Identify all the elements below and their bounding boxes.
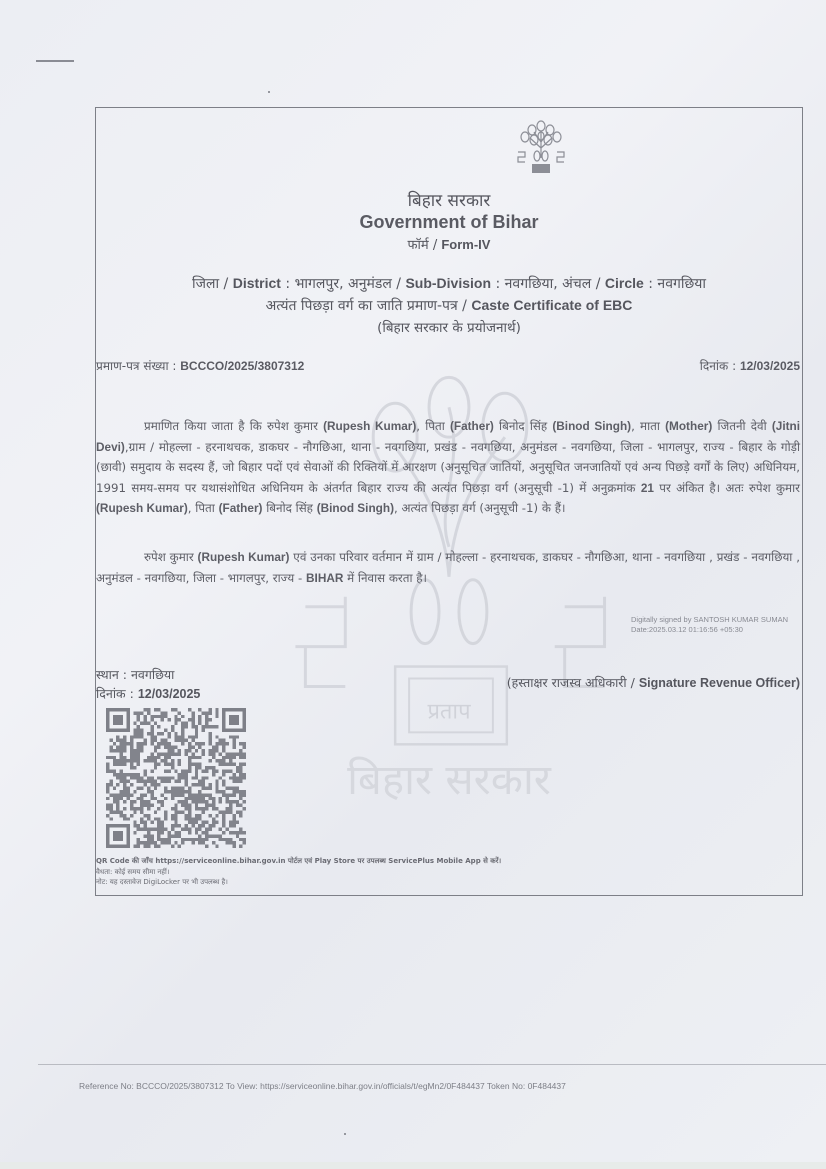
certificate-purpose: (बिहार सरकार के प्रयोजनार्थ) [96,318,802,336]
scan-edge [0,1162,826,1169]
form-label-english: Form-IV [441,237,490,252]
scan-artifact-mark [36,60,74,62]
emphasized-text: (Binod Singh) [317,501,394,515]
emphasized-text: 21 [641,481,654,495]
emphasized-text: (Rupesh Kumar) [323,419,416,433]
residence-paragraph: रुपेश कुमार (Rupesh Kumar) एवं उनका परिव… [96,547,800,588]
place-and-date: स्थान : नवगछिया दिनांक : 12/03/2025 [96,665,200,704]
certificate-date-value: 12/03/2025 [740,359,800,373]
paragraph-text: में निवास करता है। [343,571,427,585]
circle-label-hindi: अंचल [562,276,591,292]
emphasized-text: BIHAR [306,571,343,585]
paragraph-text: जितनी देवी [712,419,772,433]
paragraph-text: , पिता [416,419,450,433]
district-label-hindi: जिला [192,276,219,292]
circle-value: नवगछिया [657,276,706,292]
certificate-frame: प्रताप बिहार सरकार बिहार सरकार Governmen… [95,107,803,896]
subdivision-value: नवगछिया [505,276,554,292]
digital-signature-signer: Digitally signed by SANTOSH KUMAR SUMAN [631,615,788,625]
location-line: जिला / District : भागलपुर, अनुमंडल / Sub… [96,274,802,293]
emphasized-text: (Mother) [665,419,712,433]
qr-code-icon[interactable] [106,708,246,848]
svg-text:प्रताप: प्रताप [427,699,471,724]
emphasized-text: (Father) [450,419,494,433]
paragraph-text: , पिता [188,501,219,515]
emphasized-text: (Rupesh Kumar) [198,550,290,564]
place-value: नवगछिया [131,667,174,682]
bihar-emblem-icon [510,118,572,176]
certificate-title-english: Caste Certificate of EBC [471,297,632,313]
digital-signature-stamp: Digitally signed by SANTOSH KUMAR SUMAN … [631,615,788,635]
district-value: भागलपुर [295,276,340,292]
signature-label: (हस्ताक्षर राजस्व अधिकारी / Signature Re… [507,674,800,691]
paragraph-text: बिनोद सिंह [494,419,552,433]
place-label: स्थान [96,667,119,682]
certificate-title-hindi: अत्यंत पिछड़ा वर्ग का जाति प्रमाण-पत्र [266,298,458,314]
emphasized-text: (Binod Singh) [552,419,631,433]
certification-paragraph: प्रमाणित किया जाता है कि रुपेश कुमार (Ru… [96,416,800,519]
subdivision-label-hindi: अनुमंडल [348,276,392,292]
certificate-number: प्रमाण-पत्र संख्या : BCCCO/2025/3807312 [96,357,304,374]
footer-divider [38,1064,826,1065]
government-name-english: Government of Bihar [96,212,802,233]
svg-text:बिहार सरकार: बिहार सरकार [347,755,552,804]
certificate-date: दिनांक : 12/03/2025 [700,357,800,374]
certificate-date-label: दिनांक [700,359,728,373]
signature-label-english: Signature Revenue Officer) [639,676,800,690]
digital-signature-date: Date:2025.03.12 01:16:56 +05:30 [631,625,788,635]
district-label-english: District [233,275,281,291]
qr-note-validity: वैधता: कोई समय सीमा नहीं। [96,867,501,878]
issue-date-value: 12/03/2025 [138,687,201,701]
subdivision-label-english: Sub-Division [405,275,491,291]
paragraph-text: रुपेश कुमार [144,550,198,564]
government-name-hindi: बिहार सरकार [96,188,802,211]
certificate-number-label: प्रमाण-पत्र संख्या [96,359,169,373]
circle-label-english: Circle [605,275,644,291]
paragraph-text: , माता [631,419,665,433]
place: स्थान : नवगछिया [96,665,200,684]
issue-date: दिनांक : 12/03/2025 [96,684,200,704]
issue-date-label: दिनांक [96,686,126,701]
paragraph-text: पर अंकित है। अतः रुपेश कुमार [654,481,800,495]
scan-artifact-dot [344,1133,346,1135]
form-label-hindi: फॉर्म [408,238,429,253]
signature-label-hindi: (हस्ताक्षर राजस्व अधिकारी [507,675,627,690]
emphasized-text: (Rupesh Kumar) [96,501,188,515]
certificate-number-value: BCCCO/2025/3807312 [180,359,304,373]
scan-artifact-dot [268,91,270,93]
paragraph-text: , अत्यंत पिछड़ा वर्ग (अनुसूची -1) के हैं… [394,501,565,515]
reference-footer: Reference No: BCCCO/2025/3807312 To View… [79,1081,566,1091]
qr-verification-notes: QR Code की जाँच https://serviceonline.bi… [96,856,501,888]
certificate-title: अत्यंत पिछड़ा वर्ग का जाति प्रमाण-पत्र /… [96,296,802,315]
paragraph-text: बिनोद सिंह [262,501,316,515]
paragraph-text: प्रमाणित किया जाता है कि रुपेश कुमार [144,419,323,433]
qr-note-verify: QR Code की जाँच https://serviceonline.bi… [96,856,501,867]
qr-note-digilocker: नोट: यह दस्तावेज DigiLocker पर भी उपलब्ध… [96,877,501,888]
form-number: फॉर्म / Form-IV [96,235,802,253]
emphasized-text: (Father) [219,501,263,515]
